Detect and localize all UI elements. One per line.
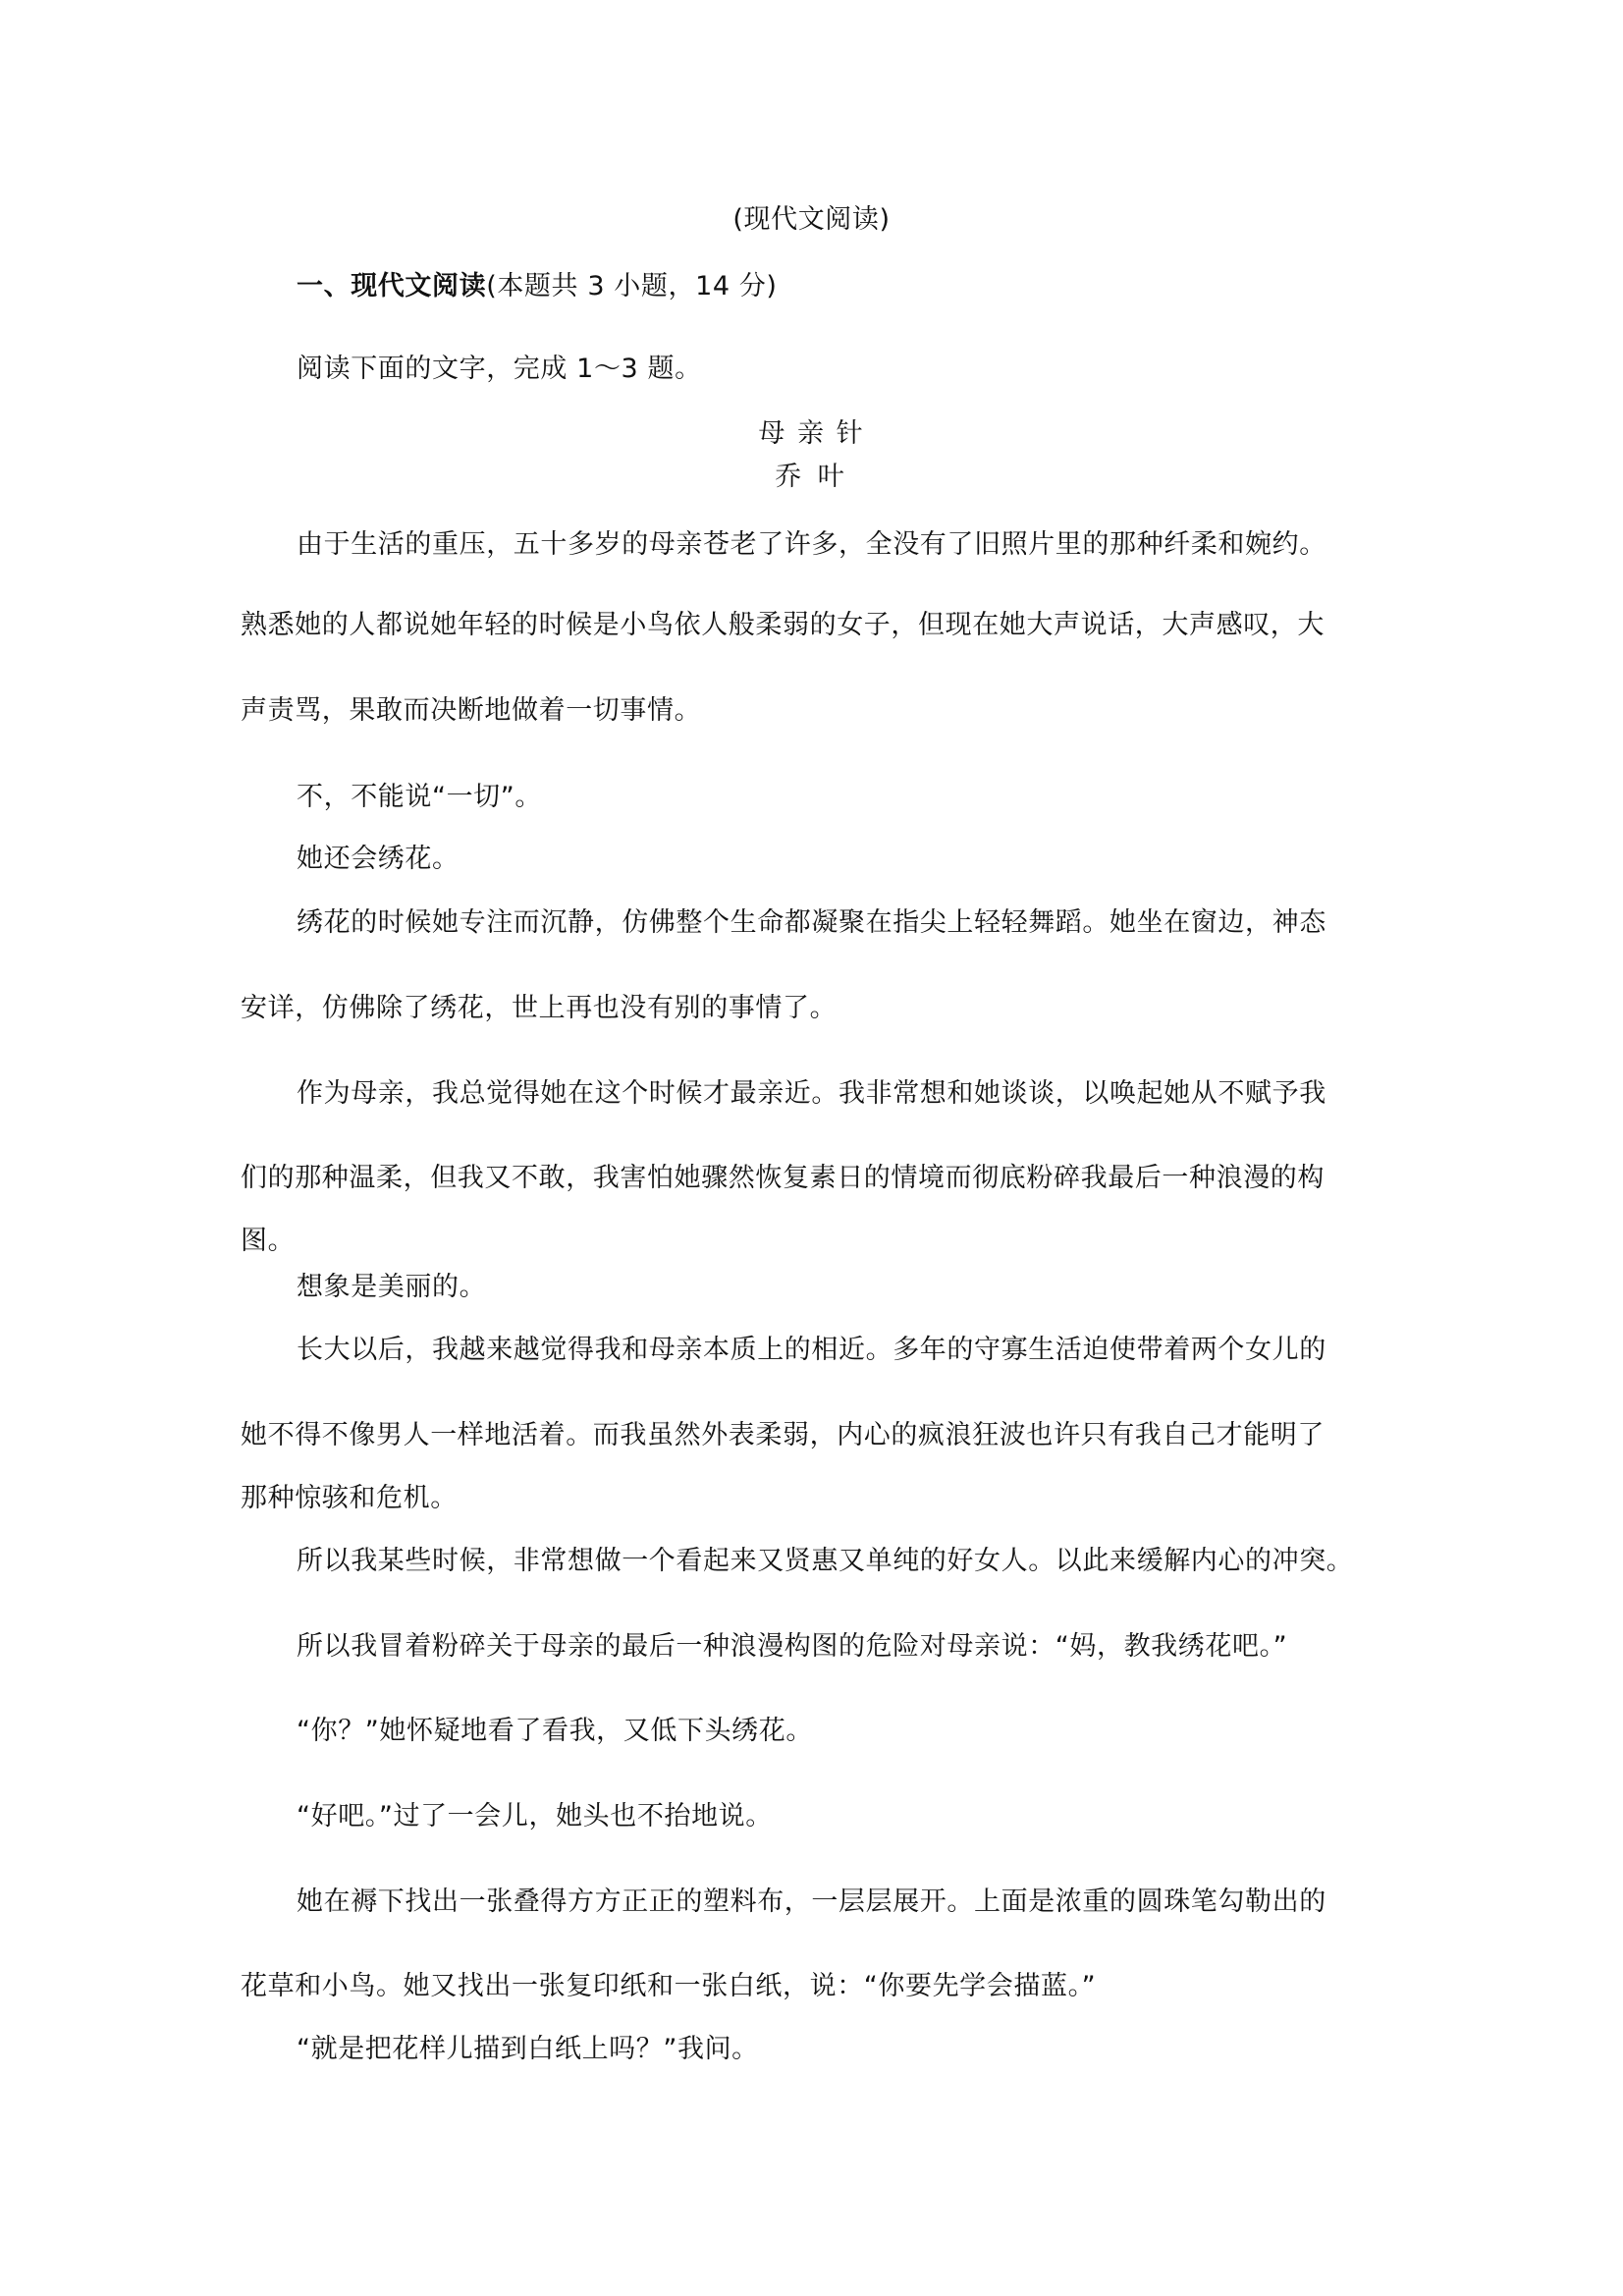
- paragraph-line: 所以我某些时候，非常想做一个看起来又贤惠又单纯的好女人。以此来缓解内心的冲突。: [297, 1545, 1353, 1578]
- paragraph-line: 那种惊骇和危机。: [241, 1482, 458, 1515]
- paragraph-line: 们的那种温柔，但我又不敢，我害怕她骤然恢复素日的情境而彻底粉碎我最后一种浪漫的构: [241, 1162, 1325, 1195]
- paragraph-line: 声责骂，果敢而决断地做着一切事情。: [241, 694, 701, 728]
- section-title: 一、现代文阅读(本题共 3 小题，14 分): [297, 270, 778, 303]
- paragraph-line: 她不得不像男人一样地活着。而我虽然外表柔弱，内心的疯浪狂波也许只有我自己才能明了: [241, 1419, 1325, 1452]
- paragraph-line: 图。: [241, 1225, 295, 1258]
- paragraph-line: 想象是美丽的。: [297, 1271, 486, 1304]
- paragraph-line: “你？”她怀疑地看了看我，又低下头绣花。: [297, 1715, 813, 1748]
- instruction-text: 阅读下面的文字，完成 1～3 题。: [297, 353, 702, 386]
- paragraph-line: 花草和小鸟。她又找出一张复印纸和一张白纸，说：“你要先学会描蓝。”: [241, 1970, 1096, 2003]
- paragraph-line: 她还会绣花。: [297, 843, 460, 876]
- paragraph-line: 由于生活的重压，五十多岁的母亲苍老了许多，全没有了旧照片里的那种纤柔和婉约。: [297, 528, 1326, 562]
- paragraph-line: 所以我冒着粉碎关于母亲的最后一种浪漫构图的危险对母亲说：“妈，教我绣花吧。”: [297, 1630, 1287, 1664]
- paragraph-line: “就是把花样儿描到白纸上吗？”我问。: [297, 2033, 759, 2066]
- paragraph-line: 长大以后，我越来越觉得我和母亲本质上的相近。多年的守寡生活迫使带着两个女儿的: [297, 1334, 1326, 1367]
- paragraph-line: 绣花的时候她专注而沉静，仿佛整个生命都凝聚在指尖上轻轻舞蹈。她坐在窗边，神态: [297, 906, 1326, 940]
- paragraph-line: 作为母亲，我总觉得她在这个时候才最亲近。我非常想和她谈谈，以唤起她从不赋予我: [297, 1077, 1326, 1111]
- paragraph-line: 不，不能说“一切”。: [297, 781, 542, 814]
- paragraph-line: 安详，仿佛除了绣花，世上再也没有别的事情了。: [241, 992, 837, 1025]
- section-title-note: (本题共 3 小题，14 分): [486, 271, 777, 301]
- article-author: 乔 叶: [0, 461, 1623, 494]
- page-header: (现代文阅读): [0, 203, 1623, 237]
- paragraph-line: “好吧。”过了一会儿，她头也不抬地说。: [297, 1800, 773, 1833]
- section-title-main: 一、现代文阅读: [297, 271, 486, 301]
- article-title: 母 亲 针: [0, 417, 1623, 451]
- paragraph-line: 熟悉她的人都说她年轻的时候是小鸟依人般柔弱的女子，但现在她大声说话，大声感叹，大: [241, 609, 1325, 642]
- paragraph-line: 她在褥下找出一张叠得方方正正的塑料布，一层层展开。上面是浓重的圆珠笔勾勒出的: [297, 1886, 1326, 1919]
